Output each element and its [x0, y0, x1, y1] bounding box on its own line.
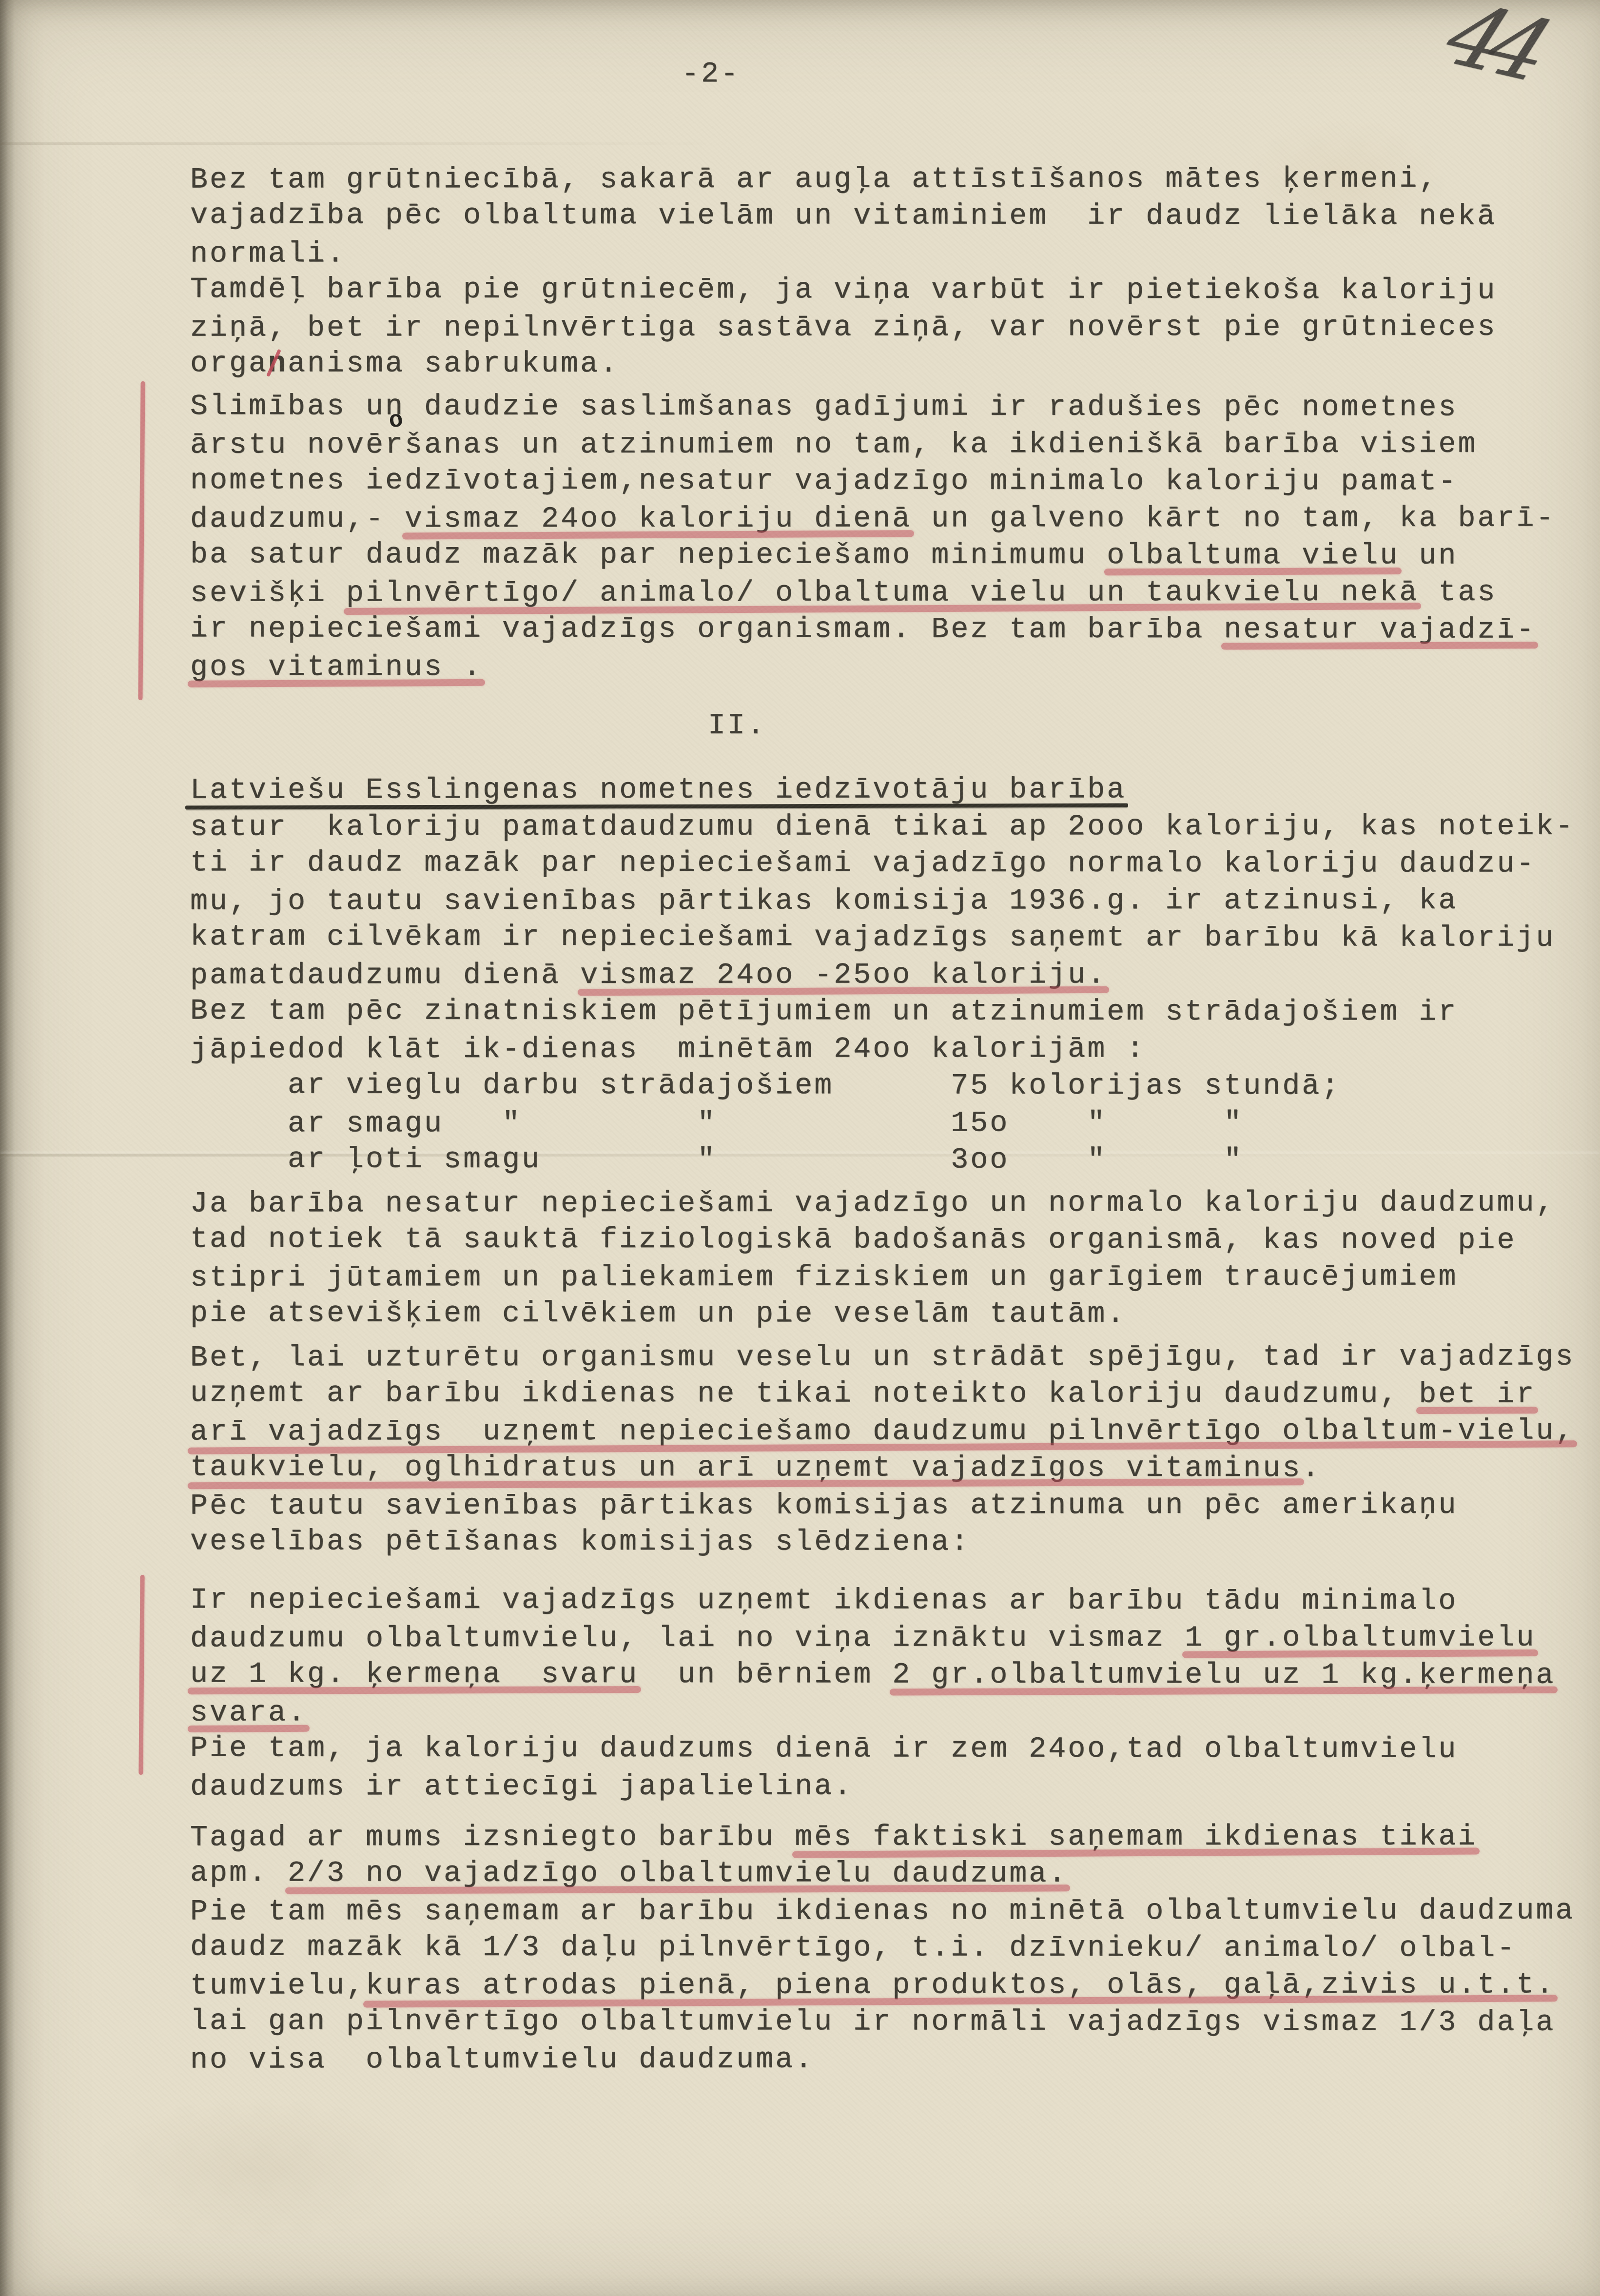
- text-line: stipri jūtamiem un paliekamiem fiziskiem…: [190, 1258, 1594, 1296]
- text-line: daudzumu,- vismaz 24oo kaloriju dienā un…: [190, 500, 1594, 538]
- text-segment: lai gan pilnvērtīgo olbaltumvielu ir nor…: [190, 2005, 1555, 2039]
- red-margin-line: [138, 381, 145, 700]
- red-underlined-text: taukvielu, oglhidratus un arī uzņemt vaj…: [190, 1451, 1302, 1485]
- text-line: ziņā, bet ir nepilnvērtiga sastāva ziņā,…: [190, 309, 1594, 347]
- paragraph: Ja barība nesatur nepieciešami vajadzīgo…: [190, 1185, 1594, 1333]
- red-underlined-text: kuras atrodas pienā, piena produktos, ol…: [366, 1969, 1555, 2003]
- text-segment: tas: [1419, 576, 1497, 609]
- text-line: ar vieglu darbu strādajošiem 75 kolorija…: [190, 1067, 1594, 1105]
- text-segment: apm.: [190, 1857, 288, 1890]
- red-underlined-text: gos vitaminus .: [190, 651, 483, 684]
- text-line: Latviešu Esslingenas nometnes iedzīvotāj…: [190, 771, 1594, 809]
- text-segment: sevišķi: [190, 577, 346, 610]
- text-line: Bez tam pēc zinatniskiem pētījumiem un a…: [190, 993, 1594, 1031]
- paper-stain: [88, 2097, 429, 2243]
- text-line: lai gan pilnvērtīgo olbaltumvielu ir nor…: [190, 2003, 1594, 2041]
- text-segment: daudzumu,-: [190, 503, 405, 536]
- text-line: Bez tam grūtniecībā, sakarā ar augļa att…: [190, 160, 1594, 198]
- text-segment: ziņā, bet ir nepilnvērtiga sastāva ziņā,…: [190, 311, 1497, 345]
- text-segment: daudzumu olbaltumvielu, lai no viņa iznā…: [190, 1622, 1185, 1655]
- text-line: organanisma sabrukuma.: [190, 345, 1594, 384]
- text-segment: Tagad ar mums izsniegto barību: [190, 1821, 795, 1855]
- text-segment: ba satur daudz mazāk par nepieciešamo mi…: [190, 538, 1107, 572]
- paper-edge-shadow: [0, 0, 15, 2296]
- text-segment: ir nepieciešami vajadzīgs organismam. Be…: [190, 612, 1224, 647]
- text-line: Tagad ar mums izsniegto barību mēs fakti…: [190, 1818, 1594, 1856]
- paragraph: Ir nepieciešami vajadzīgs uzņemt ikdiena…: [190, 1583, 1594, 1805]
- red-underlined-text: olbaltuma vielu: [1107, 539, 1399, 573]
- text-segment: vajadzība pēc olbaltuma vielām un vitami…: [190, 199, 1497, 233]
- struck-letter: n: [268, 347, 288, 380]
- section-headline: Latviešu Esslingenas nometnes iedzīvotāj…: [190, 771, 1594, 808]
- text-segment: Bez tam grūtniecībā, sakarā ar augļa att…: [190, 163, 1438, 197]
- text-segment: stipri jūtamiem un paliekamiem fiziskiem…: [190, 1261, 1458, 1295]
- text-segment: Tamdēļ barība pie grūtniecēm, ja viņa va…: [190, 273, 1497, 307]
- text-line: mu, jo tautu savienības pārtikas komisij…: [190, 882, 1594, 920]
- text-line: taukvielu, oglhidratus un arī uzņemt vaj…: [190, 1449, 1594, 1488]
- text-line: Pie tam, ja kaloriju daudzums dienā ir z…: [190, 1730, 1594, 1768]
- red-underlined-text: 1 gr.olbaltumvielu: [1185, 1622, 1536, 1655]
- text-line: pie atsevišķiem cilvēkiem un pie veselām…: [190, 1295, 1594, 1334]
- text-segment: orga: [190, 347, 268, 380]
- text-line: katram cilvēkam ir nepieciešami vajadzīg…: [190, 919, 1594, 957]
- text-line: pamatdaudzumu dienā vismaz 24oo -25oo ka…: [190, 956, 1594, 994]
- section-number: II.: [190, 707, 1594, 744]
- text-line: Pie tam mēs saņemam ar barību ikdienas n…: [190, 1892, 1594, 1930]
- red-underlined-text: mēs faktiski saņemam ikdienas tikai: [795, 1821, 1477, 1854]
- text-line: gos vitaminus .: [190, 648, 1594, 686]
- text-segment: Pie tam mēs saņemam ar barību ikdienas n…: [190, 1895, 1575, 1929]
- text-segment: satur kaloriju pamatdaudzumu dienā tikai…: [190, 810, 1575, 844]
- paragraph: Pēc tautu savienības pārtikas komisijas …: [190, 1487, 1594, 1561]
- paragraph: Slimības un daudzie saslimšanas gadījumi…: [190, 389, 1594, 686]
- text-segment: normali.: [190, 237, 346, 271]
- text-segment: Ir nepieciešami vajadzīgs uzņemt ikdiena…: [190, 1584, 1458, 1618]
- paragraph: Bet, lai uzturētu organismu veselu un st…: [190, 1339, 1594, 1487]
- text-segment: anisma sabrukuma.: [288, 347, 619, 381]
- text-line: daudz mazāk kā 1/3 daļu pilnvērtīgo, t.i…: [190, 1929, 1594, 1967]
- text-line: svara.: [190, 1693, 1594, 1731]
- text-segment: un bērniem: [639, 1658, 892, 1691]
- red-underlined-text: uz 1 kg. ķermeņa svaru: [190, 1658, 639, 1691]
- text-segment: mu, jo tautu savienības pārtikas komisij…: [190, 884, 1458, 919]
- text-segment: tad notiek tā sauktā fiziologiskā badoša…: [190, 1223, 1516, 1257]
- text-segment: pamatdaudzumu dienā: [190, 959, 580, 993]
- text-segment: Bez tam pēc zinatniskiem pētījumiem un a…: [190, 995, 1458, 1029]
- page-number: -2-: [682, 58, 740, 91]
- text-segment: no visa olbaltumvielu daudzuma.: [190, 2043, 814, 2077]
- text-line: vajadzība pēc olbaltuma vielām un vitami…: [190, 197, 1594, 235]
- text-line: uzņemt ar barību ikdienas ne tikai notei…: [190, 1375, 1594, 1413]
- text-line: Pēc tautu savienības pārtikas komisijas …: [190, 1487, 1594, 1525]
- paragraph: satur kaloriju pamatdaudzumu dienā tikai…: [190, 808, 1594, 1179]
- text-line: arī vajadzīgs uzņemt nepieciešamo daudzu…: [190, 1413, 1594, 1451]
- red-underlined-text: vismaz 24oo -25oo kaloriju.: [580, 959, 1107, 992]
- text-line: satur kaloriju pamatdaudzumu dienā tikai…: [190, 808, 1594, 846]
- text-line: Bet, lai uzturētu organismu veselu un st…: [190, 1338, 1594, 1376]
- text-segment: ti ir daudz mazāk par nepieciešami vajad…: [190, 846, 1536, 881]
- text-segment: pie atsevišķiem cilvēkiem un pie veselām…: [190, 1297, 1126, 1331]
- text-segment: jāpiedod klāt ik-dienas minētām 24oo kal…: [190, 1033, 1146, 1066]
- scanned-page: -2- 44 Bez tam grūtniecībā, sakarā ar au…: [0, 0, 1600, 2296]
- text-segment: ar vieglu darbu strādajošiem 75 kolorija…: [190, 1069, 1341, 1103]
- text-segment: Bet, lai uzturētu organismu veselu un st…: [190, 1341, 1575, 1375]
- text-line: ir nepieciešami vajadzīgs organismam. Be…: [190, 610, 1594, 649]
- handwritten-page-mark: 44: [1432, 0, 1554, 98]
- text-segment: ar smagu " " 15o " ": [190, 1107, 1243, 1141]
- text-line: daudzums ir attiecīgi japalielina.: [190, 1767, 1594, 1805]
- text-line: sevišķi pilnvērtīgo/ animalo/ olbaltuma …: [190, 574, 1594, 612]
- text-segment: un: [1399, 539, 1458, 572]
- text-segment: katram cilvēkam ir nepieciešami vajadzīg…: [190, 921, 1555, 955]
- text-segment: ar ļoti smagu " 3oo " ": [190, 1143, 1243, 1177]
- text-segment: ārstu novēršanas un atzinumiem no tam, k…: [190, 428, 1477, 462]
- text-line: ba satur daudz mazāk par nepieciešamo mi…: [190, 536, 1594, 575]
- paper-crease: [0, 142, 736, 145]
- text-segment: nometnes iedzīvotajiem,nesatur vajadzīgo…: [190, 464, 1458, 498]
- red-underlined-text: arī vajadzīgs uzņemt nepieciešamo daudzu…: [190, 1415, 1575, 1449]
- red-margin-line: [138, 1575, 144, 1775]
- red-underlined-text: bet ir: [1419, 1378, 1536, 1411]
- text-line: ar smagu " " 15o " ": [190, 1104, 1594, 1142]
- red-underlined-text: 2/3 no vajadzīgo olbaltumvielu daudzuma.: [288, 1857, 1068, 1890]
- red-underlined-text: vismaz 24oo kaloriju dienā: [405, 502, 912, 536]
- text-line: Ir nepieciešami vajadzīgs uzņemt ikdiena…: [190, 1582, 1594, 1620]
- text-line: II.: [190, 706, 1594, 745]
- paragraph: Bez tam grūtniecībā, sakarā ar augļa att…: [190, 161, 1594, 383]
- text-line: tumvielu,kuras atrodas pienā, piena prod…: [190, 1966, 1594, 2004]
- text-segment: tumvielu,: [190, 1969, 366, 2002]
- text-segment: .: [1302, 1452, 1321, 1485]
- text-segment: Ja barība nesatur nepieciešami vajadzīgo…: [190, 1187, 1555, 1221]
- text-line: Tamdēļ barība pie grūtniecēm, ja viņa va…: [190, 271, 1594, 310]
- text-line: ar ļoti smagu " 3oo " ": [190, 1141, 1594, 1179]
- paragraph: Tagad ar mums izsniegto barību mēs fakti…: [190, 1819, 1594, 2078]
- text-segment: veselības pētīšanas komisijas slēdziena:: [190, 1525, 970, 1559]
- text-segment: daudz mazāk kā 1/3 daļu pilnvērtīgo, t.i…: [190, 1931, 1516, 1965]
- text-line: normali.: [190, 235, 1594, 273]
- text-segment: Slimības un daudzie saslimšanas gadījumi…: [190, 390, 1458, 424]
- text-segment: Pēc tautu savienības pārtikas komisijas …: [190, 1489, 1458, 1523]
- text-line: veselības pētīšanas komisijas slēdziena:: [190, 1523, 1594, 1562]
- text-segment: Pie tam, ja kaloriju daudzums dienā ir z…: [190, 1732, 1458, 1766]
- text-line: Ja barība nesatur nepieciešami vajadzīgo…: [190, 1184, 1594, 1222]
- document-body: Bez tam grūtniecībā, sakarā ar augļa att…: [190, 161, 1594, 2078]
- red-underlined-text: nesatur vajadzī-: [1224, 613, 1536, 647]
- red-underlined-text: pilnvērtīgo/ animalo/ olbaltuma vielu un…: [346, 576, 1419, 610]
- text-line: uz 1 kg. ķermeņa svaru un bērniem 2 gr.o…: [190, 1656, 1594, 1694]
- text-line: jāpiedod klāt ik-dienas minētām 24oo kal…: [190, 1030, 1594, 1068]
- text-segment: daudzums ir attiecīgi japalielina.: [190, 1770, 853, 1804]
- text-line: ti ir daudz mazāk par nepieciešami vajad…: [190, 844, 1594, 883]
- text-line: nometnes iedzīvotajiem,nesatur vajadzīgo…: [190, 462, 1594, 501]
- text-line: tad notiek tā sauktā fiziologiskā badoša…: [190, 1221, 1594, 1259]
- text-segment: uzņemt ar barību ikdienas ne tikai notei…: [190, 1377, 1419, 1411]
- text-line: apm. 2/3 no vajadzīgo olbaltumvielu daud…: [190, 1855, 1594, 1893]
- text-line: daudzumu olbaltumvielu, lai no viņa iznā…: [190, 1619, 1594, 1657]
- red-underlined-text: svara.: [190, 1696, 307, 1729]
- text-line: no visa olbaltumvielu daudzuma.: [190, 2041, 1594, 2079]
- underlined-heading-text: Latviešu Esslingenas nometnes iedzīvotāj…: [190, 773, 1126, 807]
- red-underlined-text: 2 gr.olbaltumvielu uz 1 kg.ķermeņa: [892, 1659, 1555, 1692]
- text-segment: un galveno kārt no tam, ka barī-: [912, 502, 1555, 536]
